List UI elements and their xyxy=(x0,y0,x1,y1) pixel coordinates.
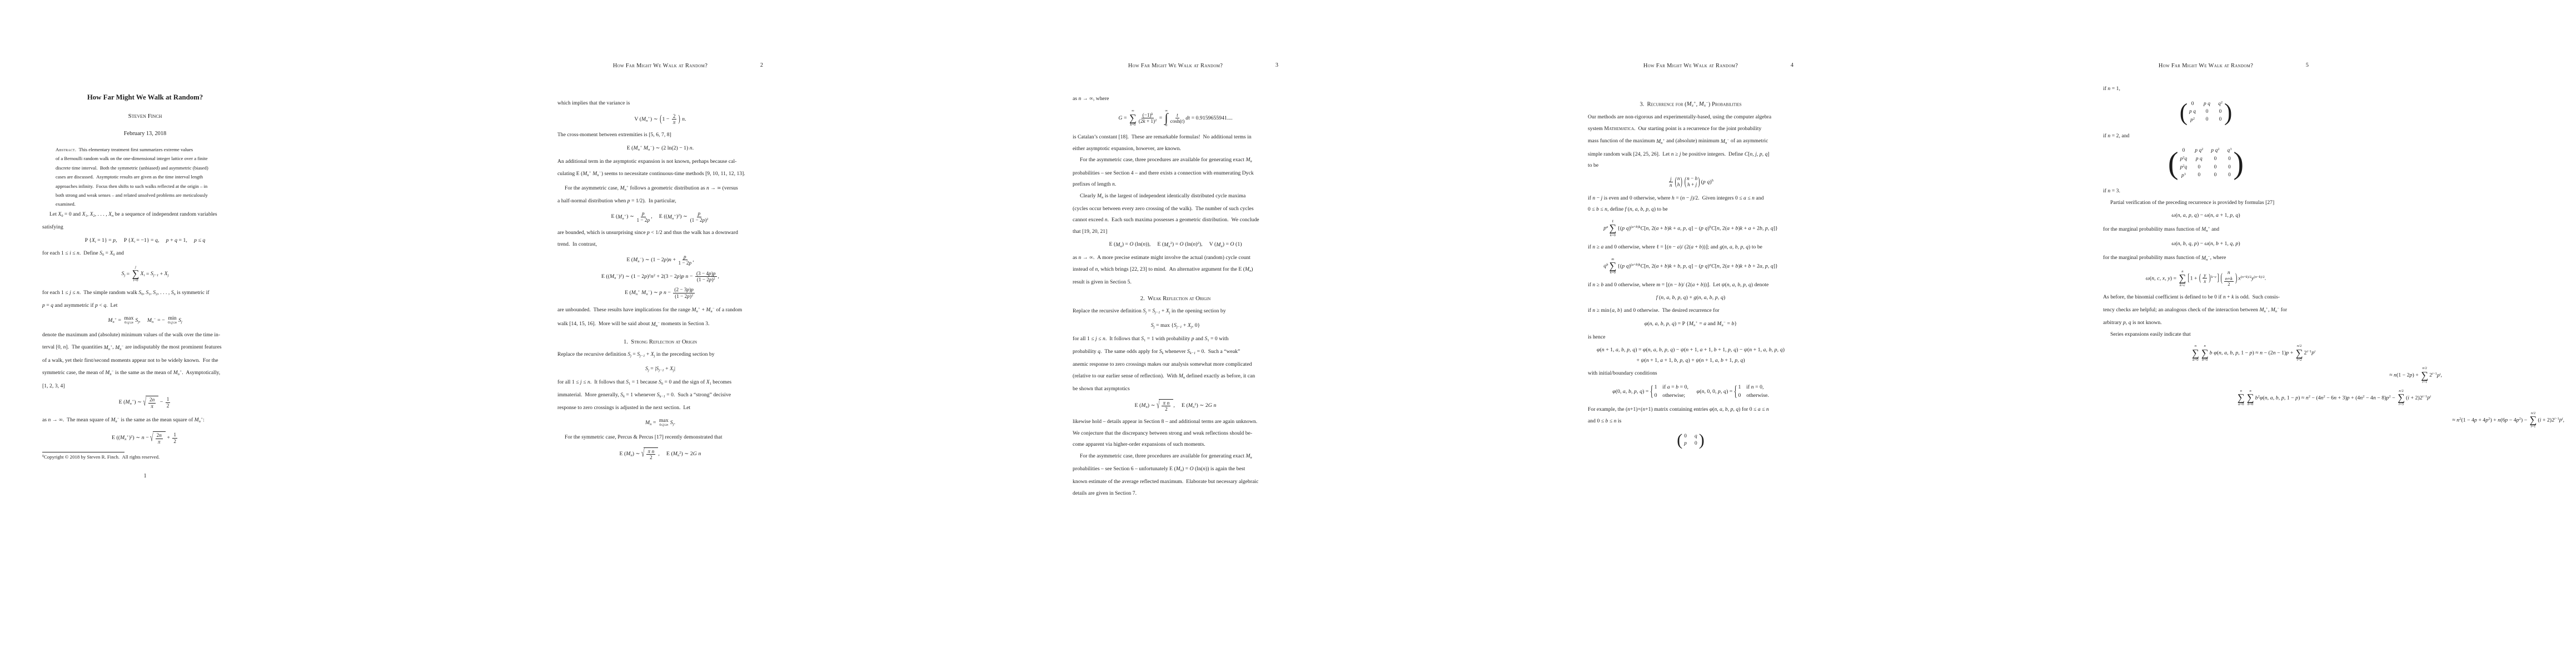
body-line: For the asymmetric case, three procedure… xyxy=(1073,451,1278,464)
body-line: of a walk, yet their first/second moment… xyxy=(42,355,248,367)
paper-montage: { "arxiv_watermark": "arXiv:1802.04615v1… xyxy=(0,0,2576,667)
body-line: system Mathematica. Our starting point i… xyxy=(1588,123,1793,135)
body-line: Replace the recursive definition Sj = Sj… xyxy=(557,349,763,362)
body-line: that [19, 20, 21] xyxy=(1073,226,1278,238)
header-page-number: 5 xyxy=(2289,62,2309,68)
display-equation: E (Mn+) ∼ √2nπ − 12 xyxy=(42,396,248,409)
body-line: cannot exceed n. Each such maxima posses… xyxy=(1073,215,1278,226)
matrix-cell: 0 xyxy=(2204,109,2210,116)
header-page-number: 4 xyxy=(1773,62,1793,68)
body-line: For the symmetric case, Percus & Percus … xyxy=(557,432,763,444)
body-line: either asymptotic expansion, however, ar… xyxy=(1073,143,1278,155)
text-column: which implies that the variance isV (Mn+… xyxy=(557,0,763,460)
abstract-line: examined. xyxy=(56,200,237,208)
matrix-cell: p2q xyxy=(2180,164,2188,171)
body-line: for all 1 ≤ j ≤ n. It follows that S1 = … xyxy=(1073,333,1278,346)
body-line: mass function of the maximum Mn+ and (ab… xyxy=(1588,135,1793,148)
body-line: come apparent via higher-order expansion… xyxy=(1073,439,1278,451)
body-line: probabilities – see Section 6 – unfortun… xyxy=(1073,464,1278,476)
display-equation: n∑a=0n∑b=0b φ(n, a, b, p, 1 − p) ≈ n − (… xyxy=(2064,344,2442,362)
body-line: An additional term in the asymptotic exp… xyxy=(557,156,763,168)
body-line: for each 1 ≤ j ≤ n. The simple random wa… xyxy=(42,287,248,300)
body-line: details are given in Section 7. xyxy=(1073,488,1278,500)
display-equation: ω(n, a, p, q) − ω(n, a + 1, p, q) xyxy=(2103,212,2309,218)
body-line: if n ≥ a and 0 otherwise, where ℓ = ⌊(n … xyxy=(1588,242,1793,253)
display-equation: qbm∑k=0{(p q)(a+b)kC[n, 2(a + b)k + b, p… xyxy=(1566,257,1816,275)
display-equation: Sj = max {Sj−1 + Xj, 0} xyxy=(1073,322,1278,329)
paper-title: How Far Might We Walk at Random? xyxy=(42,93,248,102)
display-equation: paℓ∑k=0{(p q)(a+b)kC[n, 2(a + b)k + a, p… xyxy=(1566,220,1816,237)
abstract-line: cases are discussed. Asymptotic results … xyxy=(56,172,237,181)
display-equation: Sj = j∑i=0Xi = Sj−1 + Xj xyxy=(42,265,248,283)
body-line: is Catalan’s constant [18]. These are re… xyxy=(1073,132,1278,143)
abstract-line: both strong and weak senses – and relate… xyxy=(56,191,237,200)
matrix-cell: 0 xyxy=(2211,172,2219,179)
display-equation: jn(nh)(n − hh + j)(p q)h xyxy=(1588,176,1793,188)
display-equation: ≈ n(1 − 2p) + n/2∑i=12i−1pi, xyxy=(2064,366,2442,384)
matrix-equation: (0p qq2p q00p200) xyxy=(2103,99,2309,126)
body-line: Let X0 = 0 and X1, X2, . . . , Xn be a s… xyxy=(42,209,248,222)
page-4: How Far Might We Walk at Random?43. Recu… xyxy=(1546,0,2061,667)
page-3: How Far Might We Walk at Random?3as n → … xyxy=(1030,0,1546,667)
section-heading: 3. Recurrence for (Mn+, Mn−) Probabiliti… xyxy=(1588,101,1793,108)
body-line: with initial/boundary conditions xyxy=(1588,368,1793,380)
body-line: terval [0, n]. The quantities Mn+, Mn− a… xyxy=(42,341,248,355)
body-line: immaterial. More generally, Sk = 1 whene… xyxy=(557,390,763,402)
display-equation: E (Mn) ∼ √π n2, E (Mn2) ∼ 2G n xyxy=(1073,399,1278,412)
body-line: as n → ∞. The mean square of Mn− is the … xyxy=(42,414,248,427)
body-line: culating E (Mn+ Mn−) seems to necessitat… xyxy=(557,167,763,181)
body-line: symmetric case, the mean of Mn− is the s… xyxy=(42,366,248,380)
page-2: How Far Might We Walk at Random?2which i… xyxy=(515,0,1030,667)
body-line: Our methods are non-rigorous and experim… xyxy=(1588,112,1793,123)
matrix-equation: (0qp0) xyxy=(1588,431,1793,450)
matrix-cell: 0 xyxy=(2204,117,2210,123)
abstract-line: discrete time interval. Both the symmetr… xyxy=(56,163,237,172)
matrix-cell: 0 xyxy=(2180,148,2188,155)
body-line: simple random walk [24, 25, 26]. Let n ≥… xyxy=(1588,149,1793,161)
matrix-cell: 0 xyxy=(2211,156,2219,163)
body-line: trend. In contrast, xyxy=(557,239,763,251)
matrix-cell: p q xyxy=(2204,101,2210,108)
display-equation: Mn = max0≤j≤nSj. xyxy=(557,418,763,427)
matrix-cell: p q2 xyxy=(2211,147,2219,155)
matrix-cell: p xyxy=(1684,441,1687,447)
matrix-cell: 0 xyxy=(2228,172,2232,179)
matrix-cell: 0 xyxy=(2195,172,2203,179)
matrix-cell: 0 xyxy=(2195,165,2203,171)
display-equation: φ(0, a, b, p, q) = {1 if a = b = 0,0 oth… xyxy=(1566,384,1816,400)
section-heading: 2. Weak Reflection at Origin xyxy=(1073,296,1278,302)
body-line: prefixes of length n. xyxy=(1073,179,1278,191)
matrix-cell: q3 xyxy=(2228,147,2232,155)
body-line: Replace the recursive definition Sj = Sj… xyxy=(1073,306,1278,318)
body-line: are bounded, which is unsurprising since… xyxy=(557,227,763,239)
body-line: We conjecture that the discrepancy betwe… xyxy=(1073,428,1278,440)
matrix-cell: 0 xyxy=(2228,165,2232,171)
body-line: instead of n, which brings [22, 23] to m… xyxy=(1073,264,1278,277)
body-line: response to zero crossings is adjusted i… xyxy=(557,402,763,414)
running-header-title: How Far Might We Walk at Random? xyxy=(2103,63,2309,69)
page-1: How Far Might We Walk at Random?Steven F… xyxy=(0,0,515,667)
body-line: The cross-moment between extremities is … xyxy=(557,130,763,141)
display-equation: Sj = |Sj−1 + Xj| xyxy=(557,366,763,372)
body-line: walk [14, 15, 16]. More will be said abo… xyxy=(557,317,763,331)
body-line: result is given in Section 5. xyxy=(1073,277,1278,288)
body-line: satisfying xyxy=(42,222,248,233)
display-equation: E ((Mn+)2) ∼ n − √2nπ + 12 xyxy=(42,431,248,445)
footnote-rule xyxy=(42,452,124,452)
body-line: if n = 3. xyxy=(2103,186,2309,197)
body-line: if n − j is even and 0 otherwise, where … xyxy=(1588,193,1793,205)
body-line: which implies that the variance is xyxy=(557,98,763,109)
display-equation: ω(n, b, q, p) − ω(n, b + 1, q, p) xyxy=(2103,241,2309,247)
body-line: if n = 2, and xyxy=(2103,131,2309,142)
body-line: is hence xyxy=(1588,332,1793,344)
body-line: be shown that asymptotics xyxy=(1073,384,1278,395)
body-line: probabilities – see Section 4 – and ther… xyxy=(1073,168,1278,180)
body-line: a half-normal distribution when p = 1/2)… xyxy=(557,196,763,207)
body-line: and 0 ≤ b ≤ n is xyxy=(1588,416,1793,427)
display-equation: V (Mn+) ∼ (1 − 2π) n. xyxy=(557,113,763,126)
matrix-cell: p q xyxy=(2195,156,2203,163)
body-line: if n ≥ min{a, b} and 0 otherwise. The de… xyxy=(1588,305,1793,317)
body-line: for the marginal probability mass functi… xyxy=(2103,251,2309,265)
matrix-cell: p2 xyxy=(2189,117,2196,124)
display-equation: E ((Mn−)2) ∼ (1 − 2p)2n2 + 2(3 − 2p)p n … xyxy=(535,271,785,283)
display-equation: + ψ(n + 1, a + 1, b, p, q) + ψ(n + 1, a,… xyxy=(1588,357,1793,364)
matrix-cell: q2 xyxy=(2218,101,2223,108)
matrix-cell: 0 xyxy=(1695,441,1697,447)
display-equation: φ(n, a, b, p, q) = P {Mn+ = a and Mn− = … xyxy=(1588,321,1793,327)
body-line: For example, the (n+1)×(n+1) matrix cont… xyxy=(1588,404,1793,416)
display-equation: E (Mn+ Mn−) ∼ p n − (2 − 3p)p(1 − 2p)2 xyxy=(557,287,763,299)
display-equation: E (Mn) ∼ √π n2, E (Mn2) ∼ 2G n xyxy=(557,447,763,461)
matrix-cell: q xyxy=(1695,434,1697,440)
matrix-cell: p3 xyxy=(2180,172,2188,180)
matrix-cell: 0 xyxy=(2228,156,2232,163)
abstract-line: Abstract. This elementary treatment firs… xyxy=(56,145,237,154)
body-line: 0 ≤ b ≤ n, define f (n, a, b, p, q) to b… xyxy=(1588,204,1793,216)
matrix-cell: p2q xyxy=(2180,156,2188,163)
body-line: tency checks are helpful; an analogous c… xyxy=(2103,303,2309,317)
display-equation: E (Mn+) ∼ p1 − 2p, E ((Mn+)2) ∼ p(1 − 2p… xyxy=(557,211,763,223)
display-equation: E (Mn+ Mn−) ∼ (2 ln(2) − 1) n. xyxy=(557,145,763,152)
abstract-line: approaches infinity. Focus then shifts t… xyxy=(56,182,237,191)
page-number: 1 xyxy=(42,473,248,479)
display-equation: P {Xi = 1} = p, P {Xi = −1} = q, p + q =… xyxy=(42,237,248,244)
text-column: How Far Might We Walk at Random?Steven F… xyxy=(42,0,248,479)
body-line: to be xyxy=(1588,160,1793,172)
body-line: known estimate of the average reflected … xyxy=(1073,476,1278,488)
display-equation: ≈ n2(1 − 4p + 4p2) + n(6p − 4p2) − n/2∑i… xyxy=(2103,411,2576,429)
body-line: As before, the binomial coefficient is d… xyxy=(2103,292,2309,303)
matrix-cell: 0 xyxy=(2211,165,2219,171)
body-line: for the marginal probability mass functi… xyxy=(2103,223,2309,237)
display-equation: G = ∞∑k=0(−1)k(2k + 1)2 = ∞∫0tcosh(t)dt … xyxy=(1050,109,1301,128)
body-line: (cycles occur between every zero crossin… xyxy=(1073,203,1278,215)
footnote-text: 0Copyright © 2018 by Steven R. Finch. Al… xyxy=(42,454,248,460)
body-line: p = q and asymmetric if p < q. Let xyxy=(42,300,248,312)
running-header-title: How Far Might We Walk at Random? xyxy=(1073,63,1278,69)
body-line: arbitrary p, q is not known. xyxy=(2103,317,2309,329)
body-line: Partial verification of the preceding re… xyxy=(2103,197,2309,209)
running-header-title: How Far Might We Walk at Random? xyxy=(557,63,763,69)
publication-date: February 13, 2018 xyxy=(42,131,248,137)
body-line: Series expansions easily indicate that xyxy=(2103,329,2309,341)
body-line: for each 1 ≤ i ≤ n. Define S0 = X0 and xyxy=(42,248,248,261)
matrix-cell: p q xyxy=(2189,109,2196,116)
body-line: anemic response to zero crossings makes … xyxy=(1073,359,1278,371)
matrix-cell: 0 xyxy=(1684,434,1687,440)
abstract-line: of a Bernoulli random walk on the one-di… xyxy=(56,154,237,163)
body-line: as n → ∞. A more precise estimate might … xyxy=(1073,252,1278,264)
matrix-equation: (0p q2p q2q3p2qp q00p2q000p3000) xyxy=(2103,146,2309,181)
body-line: as n → ∞, where xyxy=(1073,93,1278,105)
body-line: if n = 1, xyxy=(2103,83,2309,95)
display-equation: n∑a=0n∑b=0b2φ(n, a, b, p, 1 − p) ≈ n2 − … xyxy=(2103,389,2564,407)
body-line: (relative to our earlier sense of reflec… xyxy=(1073,371,1278,384)
display-equation: Mn+ = max0≤j≤nSj, Mn− = − min0≤j≤nSj xyxy=(42,316,248,325)
display-equation: φ(n + 1, a, b, p, q) = φ(n, a, b, p, q) … xyxy=(1566,347,1816,353)
section-heading: 1. Strong Reflection at Origin xyxy=(557,339,763,345)
body-line: Clearly Mn is the largest of independent… xyxy=(1073,191,1278,203)
body-line: are unbounded. These results have implic… xyxy=(557,303,763,317)
display-equation: E (Mn) = O (ln(n)), E (Mn2) = O (ln(n)2)… xyxy=(1073,241,1278,248)
display-equation: f (n, a, b, p, q) + g(n, a, b, p, q) xyxy=(1588,295,1793,301)
matrix-cell: p q2 xyxy=(2195,147,2203,155)
matrix-cell: 0 xyxy=(2189,101,2196,108)
body-line: [1, 2, 3, 4] xyxy=(42,381,248,392)
header-page-number: 3 xyxy=(1258,62,1278,68)
matrix-cell: 0 xyxy=(2218,117,2223,123)
text-column: as n → ∞, whereG = ∞∑k=0(−1)k(2k + 1)2 =… xyxy=(1073,0,1278,499)
body-line: for all 1 ≤ j ≤ n. It follows that S1 = … xyxy=(557,377,763,390)
author-name: Steven Finch xyxy=(42,113,248,120)
display-equation: E (Mn−) ∼ (1 − 2p)n + p1 − 2p, xyxy=(557,254,763,266)
body-line: likewise hold – details appear in Sectio… xyxy=(1073,416,1278,428)
body-line: denote the maximum and (absolute) minimu… xyxy=(42,330,248,341)
body-line: For the asymmetric case, three procedure… xyxy=(1073,155,1278,167)
running-header-title: How Far Might We Walk at Random? xyxy=(1588,63,1793,69)
matrix-cell: 0 xyxy=(2218,109,2223,116)
page-5: How Far Might We Walk at Random?5if n = … xyxy=(2061,0,2576,667)
header-page-number: 2 xyxy=(743,62,763,68)
body-line: probability q. The same odds apply for S… xyxy=(1073,346,1278,359)
body-line: For the asymmetric case, Mn+ follows a g… xyxy=(557,182,763,196)
display-equation: ω(n, c, x, y) = n∑k=c[1 + (yx)k−c](nn+k2… xyxy=(2081,270,2331,287)
body-line: if n ≥ b and 0 otherwise, where m = ⌊(n … xyxy=(1588,280,1793,291)
